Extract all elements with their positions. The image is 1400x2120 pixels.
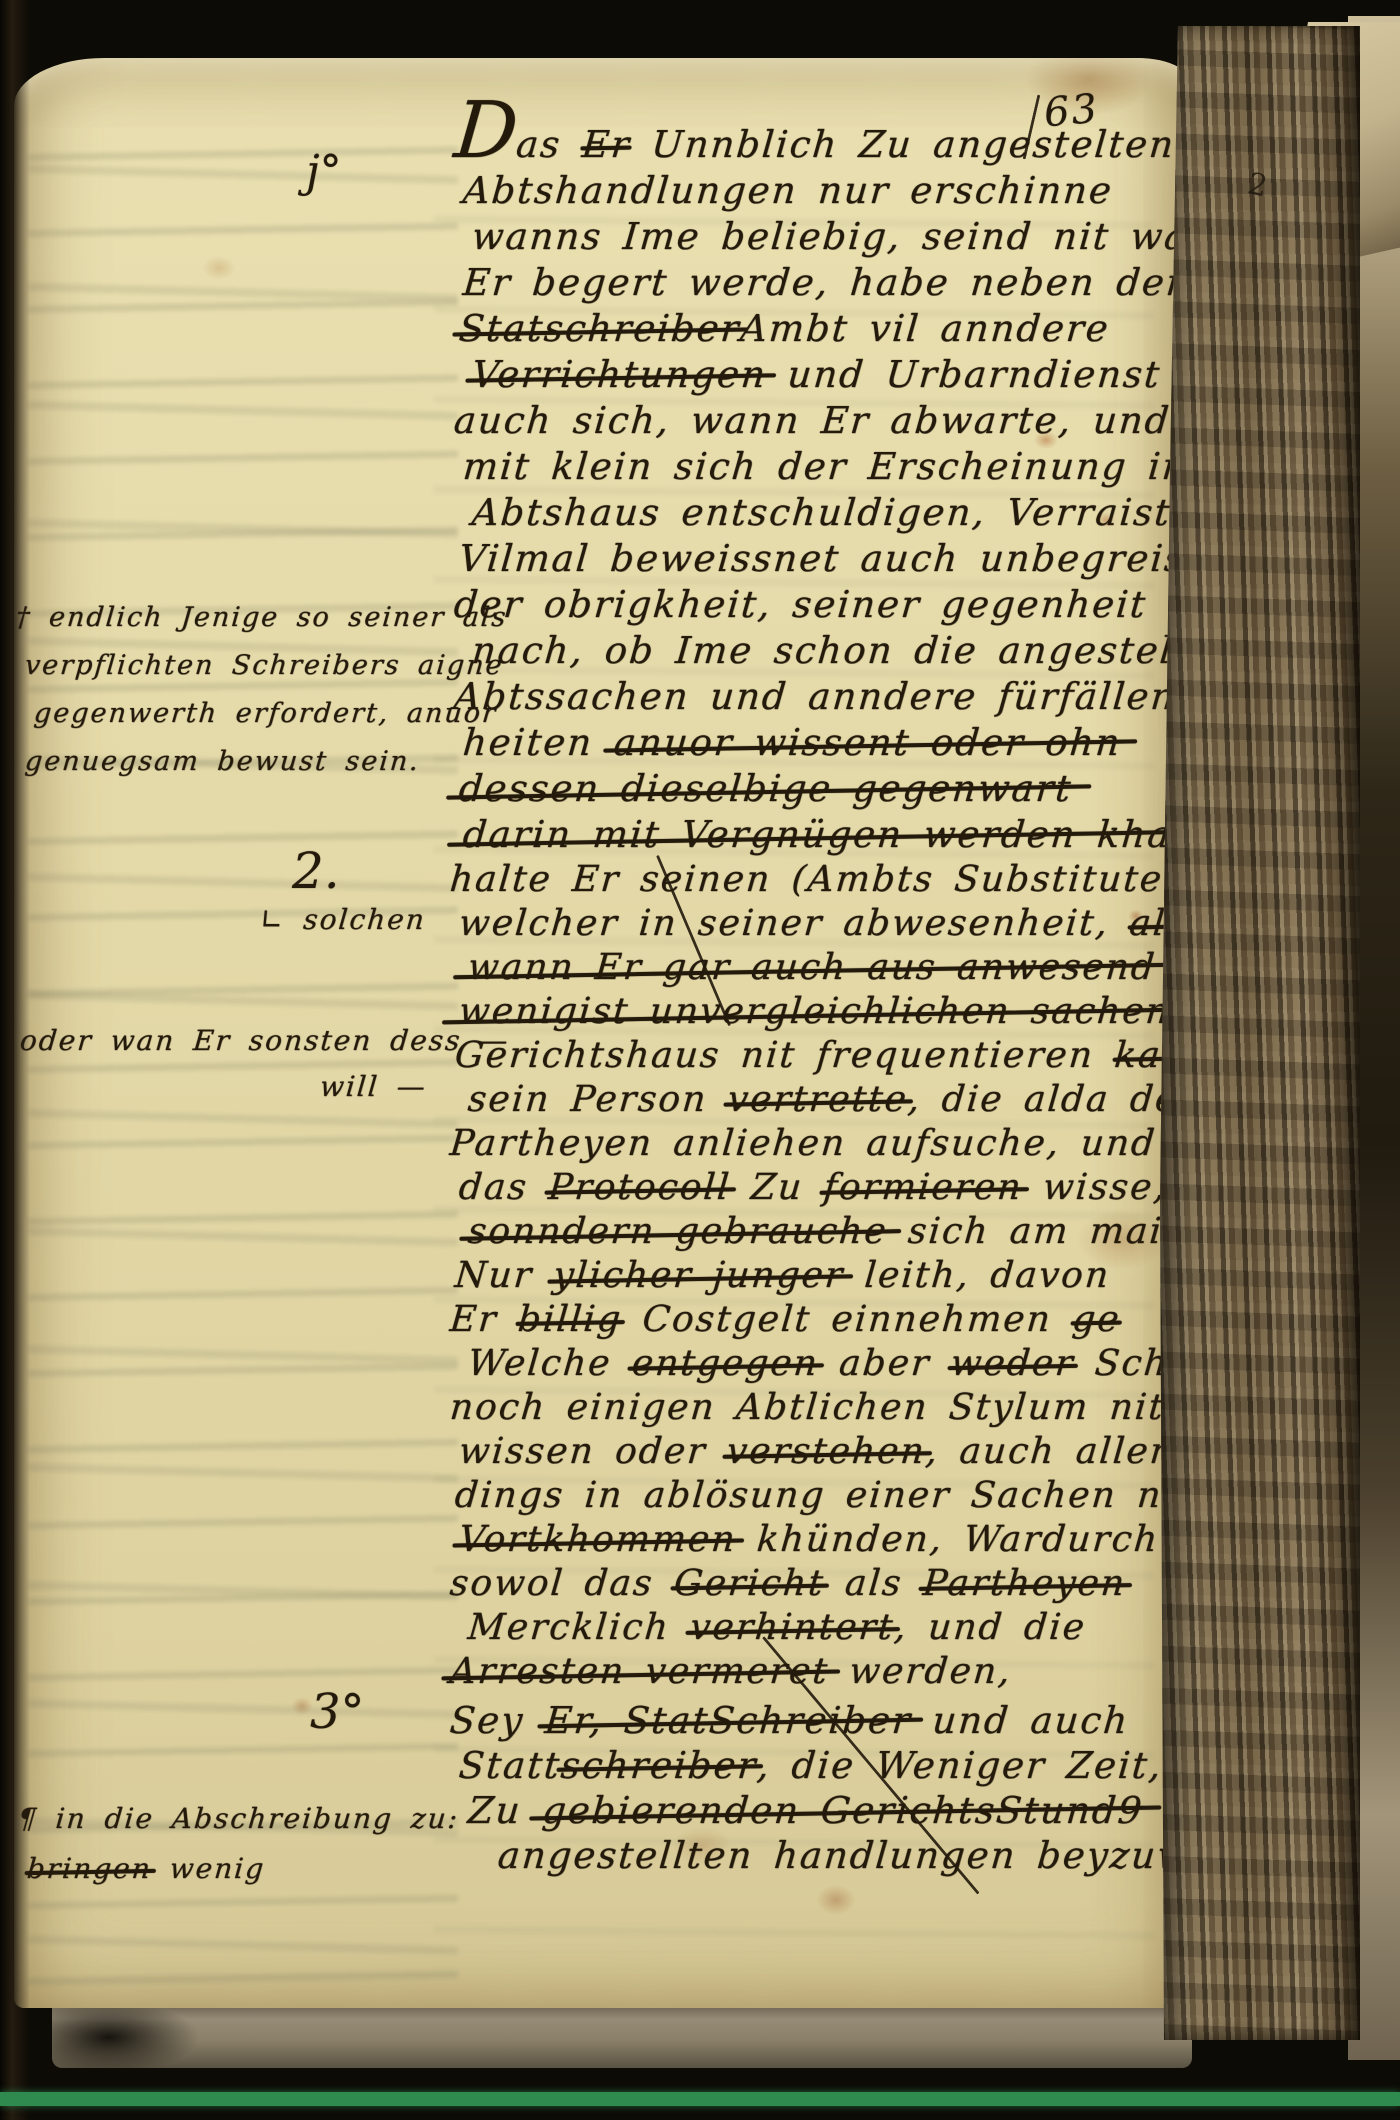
text-segment: halte Er seinen (Ambts Substituten, <box>448 859 1203 900</box>
struck-text: Verrichtungen <box>470 352 769 398</box>
struck-text: schreiber <box>559 1743 759 1788</box>
text-segment: noch einigen Abtlichen Stylum nit <box>448 1387 1166 1428</box>
handwriting-line: wanns Ime beliebig, seind nit wan <box>470 214 1216 260</box>
handwriting-line: Gerichtshaus nit frequentieren kan, <box>453 1034 1276 1078</box>
margin-note: oder wan Er sonsten dess —will — <box>20 1018 509 1110</box>
struck-text: anuor wissent oder ohn <box>612 720 1124 766</box>
text-segment: Zu <box>466 1789 544 1832</box>
text-segment: , und die <box>893 1607 1088 1648</box>
handwriting-line: noch einigen Abtlichen Stylum nit <box>448 1386 1276 1430</box>
handwriting-line: wissen oder verstehen, auch aller„ <box>457 1430 1276 1474</box>
handwriting-line: bringen wenig <box>25 1844 461 1894</box>
binding-gutter-shadow <box>0 0 30 2120</box>
struck-text: formieren <box>822 1166 1025 1210</box>
text-segment: Er <box>448 1299 520 1340</box>
handwriting-line: wann Er gar auch aus anwesend <box>466 946 1276 990</box>
margin-note: ¶ in die Abschreibung zu:bringen wenig <box>18 1794 459 1894</box>
text-segment: der obrigkheit, seiner gegenheit <box>452 583 1149 626</box>
text-segment: , die alda der <box>906 1079 1199 1120</box>
handwriting-line: Nur ylicher junger leith, davon <box>453 1254 1276 1298</box>
handwriting-line: Arresten vermeret werden, <box>448 1650 1276 1694</box>
struck-text: Statschreiber <box>457 306 742 352</box>
handwriting-line: † endlich Jenige so seiner als <box>14 594 510 642</box>
text-segment: khünden, Wardurch <box>735 1519 1161 1560</box>
text-segment: , auch aller„ <box>924 1431 1192 1472</box>
text-segment: Costgelt einnehmen <box>620 1299 1074 1340</box>
manuscript-photo: { "page_number": "63", "edge_number": "2… <box>0 0 1400 2120</box>
paragraph-section-2: halte Er seinen (Ambts Substituten,welch… <box>450 858 1274 1694</box>
handwriting-line: verpflichten Schreibers aigne <box>23 642 510 690</box>
text-segment: wisse, <box>1021 1167 1169 1208</box>
text-segment: Nur <box>453 1255 555 1296</box>
handwriting-line: auch sich, wann Er abwarte, und <box>452 398 1216 444</box>
handwriting-line: ¶ in die Abschreibung zu: <box>16 1794 461 1844</box>
text-segment: Welche <box>466 1343 634 1384</box>
text-segment: Vilmal beweissnet auch unbegreist <box>457 537 1204 580</box>
section-mark-3: 3° <box>310 1684 365 1740</box>
struck-text: Gericht <box>672 1562 826 1606</box>
page-block-bottom-edge <box>52 2000 1192 2068</box>
handwriting-line: halte Er seinen (Ambts Substituten, <box>448 858 1276 902</box>
text-segment: wanns Ime beliebig, seind nit wan <box>470 215 1216 258</box>
struck-text: ge <box>1070 1298 1122 1342</box>
struck-text: sonndern gebrauche <box>466 1210 889 1254</box>
struck-text: Protocoll <box>547 1166 733 1210</box>
manuscript-page: 63 j° 2. 3° Das Er Unnblich Zu angestelt… <box>14 58 1194 2008</box>
text-segment: welcher in seiner abwesenheit, <box>457 903 1131 944</box>
text-segment: ∟ solchen <box>259 903 428 936</box>
text-segment: Das <box>452 123 584 166</box>
text-segment: † endlich Jenige so seiner als <box>15 602 509 633</box>
handwriting-line: Verrichtungen und Urbarndienst <box>470 352 1216 398</box>
struck-text: Vortkhommen <box>457 1518 738 1562</box>
paragraph-section-1: Das Er Unnblich Zu angesteltenAbtshandlu… <box>454 116 1214 858</box>
handwriting-line: darin mit Vergnügen werden khan <box>461 812 1216 858</box>
text-segment: , die Weniger Zeit, <box>755 1744 1164 1787</box>
text-segment: aber <box>817 1343 953 1384</box>
handwriting-line: mit klein sich der Erscheinung ins <box>461 444 1216 490</box>
text-segment: wenig <box>150 1852 266 1885</box>
text-segment: leith, davon <box>842 1255 1112 1296</box>
text-segment: Abtshandlungen nur erschinne <box>461 169 1115 212</box>
handwriting-line: Partheyen anliehen aufsuche, und <box>448 1122 1276 1166</box>
handwriting-line: das Protocoll Zu formieren wisse, <box>457 1166 1276 1210</box>
text-segment: Ambt vil anndere <box>739 307 1112 350</box>
handwriting-line: gegenwerth erfordert, anuor <box>32 690 510 738</box>
table-green-stripe <box>0 2092 1400 2106</box>
text-segment: sowol das <box>448 1563 676 1604</box>
handwriting-line: Er begert werde, habe neben dem <box>461 260 1216 306</box>
text-segment: als <box>823 1563 925 1604</box>
struck-text: entgegen <box>630 1342 821 1386</box>
text-segment: genuegsam bewust sein. <box>24 746 422 777</box>
handwriting-line: welcher in seiner abwesenheit, als <box>457 902 1276 946</box>
text-segment: gegenwerth erfordert, anuor <box>33 698 499 729</box>
text-segment: und Urbarndienst <box>765 353 1163 396</box>
struck-text: wenigist unvergleichlichen sachen, das <box>457 990 1276 1034</box>
handwriting-line: Abtshaus entschuldigen, Verraist <box>470 490 1216 536</box>
text-segment: Mercklich <box>466 1607 692 1648</box>
handwriting-line: dessen dieselbige gegenwart <box>457 766 1216 812</box>
struck-text: billig <box>516 1298 624 1342</box>
handwriting-line: Welche entgegen aber weder Schreib: <box>466 1342 1276 1386</box>
struck-text: wann Er gar auch aus anwesend <box>466 946 1158 990</box>
handwriting-line: sowol das Gericht als Partheyen <box>448 1562 1276 1606</box>
text-segment: mit klein sich der Erscheinung ins <box>461 445 1211 488</box>
struck-text: Arresten vermeret <box>448 1650 831 1694</box>
section-mark-1: j° <box>306 146 342 197</box>
handwriting-line: Vortkhommen khünden, Wardurch <box>457 1518 1276 1562</box>
text-segment: das <box>457 1167 550 1208</box>
handwriting-line: will — <box>318 1064 512 1110</box>
text-segment: Abtssachen und anndere fürfällen <box>452 675 1178 718</box>
handwriting-line: Abtshandlungen nur erschinne <box>461 168 1216 214</box>
text-segment: verpflichten Schreibers aigne <box>24 650 505 681</box>
text-segment: dings in ablösung einer Sachen nit <box>453 1475 1194 1516</box>
struck-text: weder <box>949 1342 1077 1386</box>
handwriting-line: genuegsam bewust sein. <box>23 738 510 786</box>
struck-text: Er, StatSchreiber <box>543 1698 914 1743</box>
struck-text: Partheyen <box>921 1562 1128 1606</box>
handwriting-line: Er billig Costgelt einnehmen ge <box>448 1298 1276 1342</box>
text-segment: will — <box>319 1070 429 1103</box>
struck-text: gebierenden GerichtsStund9 <box>540 1788 1145 1833</box>
handwriting-line: nach, ob Ime schon die angestelte <box>470 628 1216 674</box>
handwriting-line: dings in ablösung einer Sachen nit <box>453 1474 1276 1518</box>
text-segment: Sey <box>448 1699 547 1742</box>
handwriting-line: der obrigkheit, seiner gegenheit <box>452 582 1216 628</box>
text-segment: Gerichtshaus nit frequentieren <box>453 1035 1116 1076</box>
text-segment: nach, ob Ime schon die angestelte <box>470 629 1216 672</box>
handwriting-line: sonndern gebrauche sich am maisten <box>466 1210 1276 1254</box>
text-segment: und auch <box>910 1699 1131 1742</box>
text-segment: oder wan Er sonsten dess — <box>19 1024 511 1057</box>
text-segment: werden, <box>827 1651 1013 1692</box>
handwriting-line: Vilmal beweissnet auch unbegreist <box>457 536 1216 582</box>
text-segment: ¶ in die Abschreibung zu: <box>17 1802 461 1835</box>
handwriting-line: ∟ solchen <box>258 900 427 940</box>
text-segment: wissen oder <box>457 1431 728 1472</box>
handwritten-content: 63 j° 2. 3° Das Er Unnblich Zu angestelt… <box>14 58 1194 2008</box>
section-mark-2: 2. <box>292 842 340 900</box>
struck-text: bringen <box>25 1844 154 1894</box>
struck-text: verhintert <box>688 1606 896 1650</box>
struck-text: vertrette <box>726 1078 910 1122</box>
struck-text: dessen dieselbige gegenwart <box>457 766 1074 812</box>
struck-text: verstehen <box>725 1430 928 1474</box>
text-segment: Partheyen anliehen aufsuche, und <box>448 1123 1158 1164</box>
margin-note: † endlich Jenige so seiner alsverpflicht… <box>16 594 507 786</box>
margin-note: ∟ solchen <box>260 900 426 940</box>
text-segment: Zu <box>729 1167 826 1208</box>
struck-text: Er <box>580 122 633 168</box>
handwriting-line: wenigist unvergleichlichen sachen, das <box>457 990 1276 1034</box>
handwriting-line: StatschreiberAmbt vil anndere <box>457 306 1216 352</box>
text-segment: Unnblich Zu angestelten <box>629 123 1177 166</box>
handwriting-line: heiten anuor wissent oder ohn <box>461 720 1216 766</box>
handwriting-line: oder wan Er sonsten dess — <box>18 1018 512 1064</box>
text-segment: auch sich, wann Er abwarte, und <box>452 399 1172 442</box>
text-segment: Er begert werde, habe neben dem <box>461 261 1205 304</box>
text-segment: Statt <box>457 1744 563 1787</box>
text-segment: Abtshaus entschuldigen, Verraist <box>470 491 1173 534</box>
handwriting-line: Mercklich verhintert, und die <box>466 1606 1276 1650</box>
struck-text: darin mit Vergnügen werden khan <box>461 812 1199 858</box>
struck-text: ylicher junger <box>551 1254 846 1298</box>
handwriting-line: Abtssachen und anndere fürfällen <box>452 674 1216 720</box>
fore-edge-number: 2 <box>1245 166 1271 204</box>
book-fore-edge: 2 <box>1160 26 1360 2040</box>
handwriting-line: sein Person vertrette, die alda der <box>466 1078 1276 1122</box>
handwriting-line: Das Er Unnblich Zu angestelten <box>452 116 1217 168</box>
